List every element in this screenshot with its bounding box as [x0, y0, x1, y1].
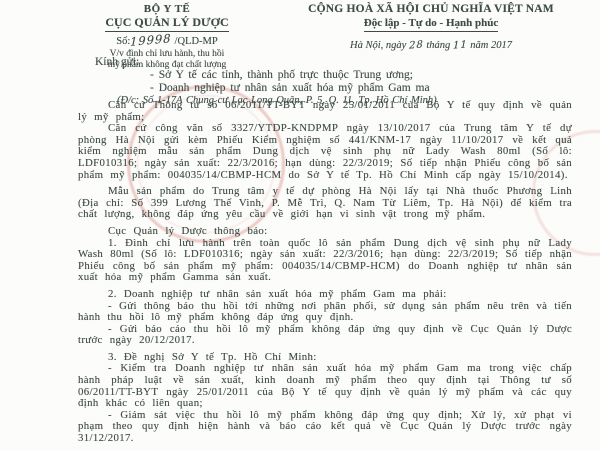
- country-title: CỘNG HOÀ XÃ HỘI CHỦ NGHĨA VIỆT NAM: [284, 3, 578, 16]
- date-suffix: năm 2017: [470, 40, 512, 51]
- paragraph-item-2-heading: 2. Doanh nghiệp tư nhân sản xuất hóa mỹ …: [78, 289, 572, 301]
- recipient-line: - Doanh nghiệp tư nhân sản xuất hóa mỹ p…: [150, 82, 565, 94]
- national-header-block: CỘNG HOÀ XÃ HỘI CHỦ NGHĨA VIỆT NAM Độc l…: [284, 3, 578, 52]
- recipient-line: - Sở Y tế các tỉnh, thành phố trực thuộc…: [150, 69, 565, 81]
- paragraph-item-2-bullet-1: - Gửi thông báo thu hồi tới những nơi ph…: [78, 301, 572, 324]
- date-between: tháng: [426, 40, 450, 51]
- document-number-line: Số:19998 /QLD-MP: [58, 34, 276, 48]
- doc-number-handwritten: 19998: [130, 32, 172, 49]
- place-date-line: Hà Nội, ngày 28 tháng 11 năm 2017: [284, 40, 578, 52]
- national-motto: Độc lập - Tự do - Hạnh phúc: [284, 17, 578, 32]
- doc-number-suffix: /QLD-MP: [175, 36, 218, 47]
- paragraph-sample-info: Mẫu sản phẩm do Trung tâm y tế dự phòng …: [78, 186, 572, 221]
- letter-body: Căn cứ Thông tư số 06/2011/TT-BYT ngày 2…: [78, 100, 572, 445]
- salutation: Kính gửi:: [95, 56, 565, 68]
- date-day-handwritten: 28: [409, 39, 424, 52]
- date-prefix: Hà Nội, ngày: [350, 40, 406, 51]
- doc-number-prefix: Số:: [116, 36, 130, 47]
- paragraph-legal-basis-1: Căn cứ Thông tư số 06/2011/TT-BYT ngày 2…: [78, 100, 572, 123]
- department-name: CỤC QUẢN LÝ DƯỢC: [58, 16, 276, 31]
- paragraph-legal-basis-2: Căn cứ công văn số 3327/YTDP-KNDPMP ngày…: [78, 123, 572, 181]
- paragraph-item-3-bullet-1: - Kiểm tra Doanh nghiệp tư nhân sản xuất…: [78, 363, 572, 409]
- paragraph-item-1-suspension: 1. Đình chỉ lưu hành trên toàn quốc lô s…: [78, 238, 572, 284]
- date-month-handwritten: 11: [453, 39, 468, 52]
- ministry-name: BỘ Y TẾ: [58, 3, 276, 15]
- paragraph-item-3-bullet-2: - Giám sát việc thu hồi lô mỹ phẩm không…: [78, 410, 572, 445]
- scanned-official-letter: BỘ Y TẾ CỤC QUẢN LÝ DƯỢC Số:19998 /QLD-M…: [0, 0, 600, 450]
- paragraph-item-2-bullet-2: - Gửi báo cáo thu hồi lô mỹ phẩm không đ…: [78, 324, 572, 347]
- paragraph-announcement-lead: Cục Quản lý Dược thông báo:: [78, 226, 572, 238]
